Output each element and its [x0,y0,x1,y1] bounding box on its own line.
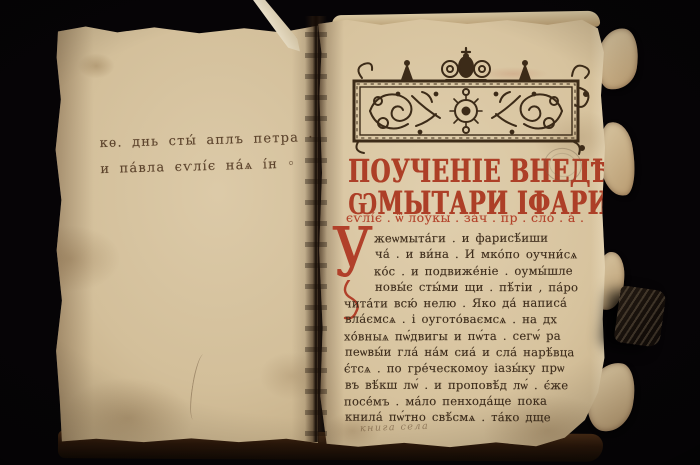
body-line: ко́с . и подвиже́ніе . оумы́шле [344,262,600,279]
body-line: жеѡмыта́ги . и фарисѣ́иши [344,230,600,247]
body-line: вла́ємсѧ . і оугото́ваємсѧ . на дх [345,311,601,328]
body-line: посе́мъ . ма́ло пенхода́ще пока [344,393,600,410]
body-line: хо́вныѧ пѡ́двигы и пѡ́та . сегѡ́ ра [344,327,600,344]
right-page: ПОУЧЕНІЕ ВНЕДѢЛЮ ѠМЫТАРИ ІФАРИСЕИ єѵлі́є… [318,18,605,448]
body-line: ча́ . и ви́на . И мко́по оучни́сѧ [345,246,601,263]
faint-scratch-mark [187,353,210,420]
body-text: жеѡмыта́ги . и фарисѣ́иши ча́ . и ви́на … [344,230,600,426]
body-line: пеѡвы́и гла́ на́м сиа́ и сла́ нарѣ́вца [345,344,601,361]
left-page-inscription: кѳ. днь сты́ аплъ петра · и па́вла єѵлі́… [99,125,320,183]
photo-stage: кѳ. днь сты́ аплъ петра · и па́вла єѵлі́… [0,0,700,465]
book-gutter [305,16,327,442]
headpiece-scrollwork [370,89,562,133]
body-line: чита́ти всю́ нелю . Яко да́ написа́ [344,295,600,312]
headpiece-crown [442,48,490,80]
left-page: кѳ. днь сты́ аплъ петра · и па́вла єѵлі́… [54,24,318,443]
inscription-line-2: и па́вла єѵлі́є на́ѧ і́н ◦ [100,151,321,183]
body-line: є́тсѧ . по гре́ческомоу іазы́ку прѡ [344,360,600,377]
body-line: новы́є сты́ми щи . пѣ́тіи , па́ро [345,279,601,296]
footer-note: книга села [360,421,430,434]
body-line: въ вѣ́кш лѡ́ . и проповѣ́д лѡ́ . є́же [345,376,601,393]
book-clasp [613,285,666,348]
rubric-line: єѵлі́є . ѿ лоу́кы . за́ч . пр . сло́ . а… [346,210,602,226]
